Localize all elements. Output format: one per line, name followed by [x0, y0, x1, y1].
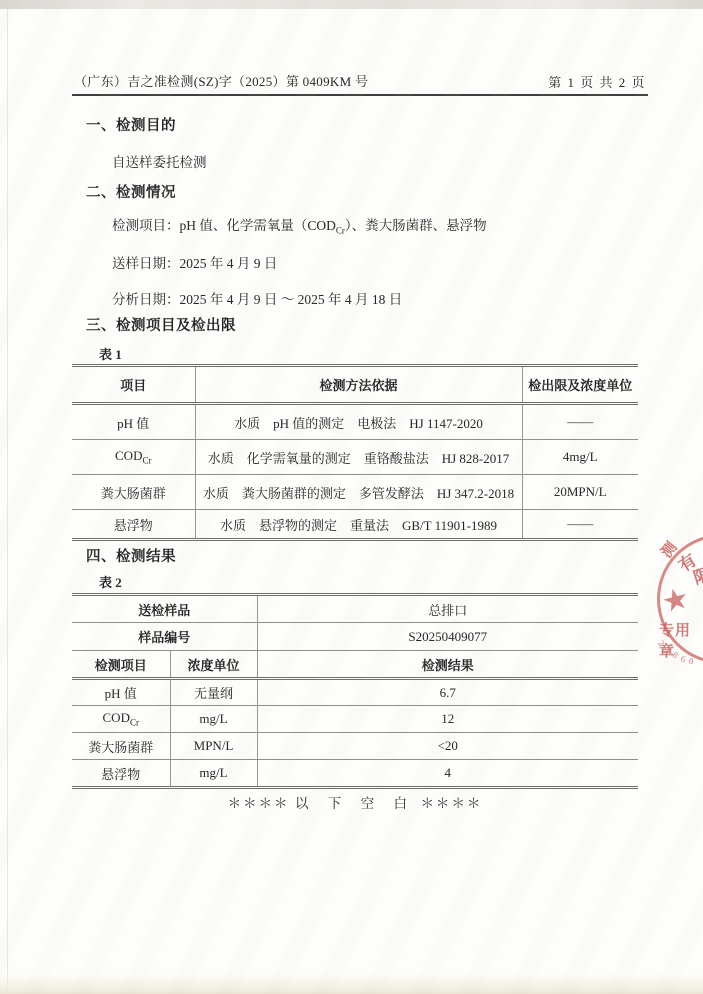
section4-heading: 四、检测结果	[86, 545, 176, 566]
analysis-date-line: 分析日期：2025 年 4 月 9 日 ～ 2025 年 4 月 18 日	[112, 288, 402, 308]
cell-result: 6.7	[257, 679, 638, 706]
sample-code-label: 样品编号	[72, 623, 257, 651]
table1-header-row: 项目 检测方法依据 检出限及浓度单位	[72, 366, 638, 404]
test-items-prefix: 检测项目：pH 值、化学需氧量（COD	[112, 218, 336, 233]
table2-header-unit: 浓度单位	[170, 651, 257, 679]
footer-stars-right: ＊＊＊＊	[420, 796, 482, 811]
scan-edge-left	[7, 9, 8, 994]
cell-limit: ——	[522, 404, 638, 440]
table1-header-limit: 检出限及浓度单位	[522, 366, 638, 404]
cell-item: 粪大肠菌群	[72, 733, 170, 760]
sample-code-value: S20250409077	[257, 623, 638, 651]
header-rule	[72, 94, 648, 96]
sample-date-line: 送样日期：2025 年 4 月 9 日	[112, 252, 277, 272]
table2-header-result: 检测结果	[257, 651, 638, 679]
table2-header-item: 检测项目	[72, 651, 170, 679]
header-doc-number: （广东）吉之准检测(SZ)字（2025）第 0409KM 号	[74, 71, 368, 90]
cell-item: pH 值	[72, 679, 170, 706]
table1-row: 粪大肠菌群 水质 粪大肠菌群的测定 多管发酵法 HJ 347.2-2018 20…	[72, 475, 638, 510]
cod-subscript: Cr	[142, 456, 151, 466]
purpose-text: 自送样委托检测	[112, 151, 207, 171]
cod-label: COD	[103, 710, 130, 725]
cell-result: <20	[257, 733, 638, 760]
table2-label: 表 2	[99, 572, 122, 591]
cell-item: CODCr	[72, 706, 170, 733]
cell-unit: MPN/L	[170, 733, 257, 760]
cell-method: 水质 悬浮物的测定 重量法 GB/T 11901-1989	[195, 510, 522, 540]
table1-label: 表 1	[99, 344, 122, 363]
test-items-line: 检测项目：pH 值、化学需氧量（CODCr）、粪大肠菌群、悬浮物	[112, 214, 487, 236]
cell-item: CODCr	[72, 440, 195, 475]
section1-heading: 一、检测目的	[86, 114, 176, 135]
test-items-suffix: ）、粪大肠菌群、悬浮物	[345, 218, 487, 233]
cell-item: 悬浮物	[72, 510, 195, 540]
sample-label: 送检样品	[72, 595, 257, 623]
cell-limit: ——	[522, 510, 638, 540]
document-page: （广东）吉之准检测(SZ)字（2025）第 0409KM 号 第 1 页 共 2…	[0, 0, 703, 994]
cell-unit: mg/L	[170, 760, 257, 788]
table1-header-item: 项目	[72, 366, 195, 404]
table2-row: CODCr mg/L 12	[72, 706, 638, 733]
table2-sample-row: 送检样品 总排口	[72, 595, 638, 623]
footer-stars-left: ＊＊＊＊	[228, 796, 290, 811]
cell-item: 悬浮物	[72, 760, 170, 788]
results-table: 送检样品 总排口 样品编号 S20250409077 检测项目 浓度单位 检测结…	[72, 593, 638, 789]
header-page-number: 第 1 页 共 2 页	[548, 72, 646, 91]
cod-subscript: Cr	[130, 718, 139, 728]
detection-limits-table: 项目 检测方法依据 检出限及浓度单位 pH 值 水质 pH 值的测定 电极法 H…	[72, 364, 638, 541]
test-items-subscript: Cr	[336, 226, 345, 236]
cell-limit: 20MPN/L	[522, 475, 638, 510]
table1-row: pH 值 水质 pH 值的测定 电极法 HJ 1147-2020 ——	[72, 404, 638, 440]
scan-edge-bottom	[0, 974, 703, 994]
table2-row: pH 值 无量纲 6.7	[72, 679, 638, 706]
cell-method: 水质 pH 值的测定 电极法 HJ 1147-2020	[195, 404, 522, 440]
section3-heading: 三、检测项目及检出限	[86, 314, 236, 335]
cell-unit: mg/L	[170, 706, 257, 733]
table2-header-row: 检测项目 浓度单位 检测结果	[72, 651, 638, 679]
table2-code-row: 样品编号 S20250409077	[72, 623, 638, 651]
cell-item: 粪大肠菌群	[72, 475, 195, 510]
cell-result: 12	[257, 706, 638, 733]
table1-header-method: 检测方法依据	[195, 366, 522, 404]
table1-row: CODCr 水质 化学需氧量的测定 重铬酸盐法 HJ 828-2017 4mg/…	[72, 440, 638, 475]
sample-value: 总排口	[257, 595, 638, 623]
scan-edge-top	[0, 0, 703, 9]
seal-digit: 0	[688, 656, 694, 667]
cod-label: COD	[115, 448, 142, 463]
cell-method: 水质 化学需氧量的测定 重铬酸盐法 HJ 828-2017	[195, 440, 522, 475]
table2-row: 悬浮物 mg/L 4	[72, 760, 638, 788]
cell-result: 4	[257, 760, 638, 788]
cell-unit: 无量纲	[170, 679, 257, 706]
cell-method: 水质 粪大肠菌群的测定 多管发酵法 HJ 347.2-2018	[195, 475, 522, 510]
cell-limit: 4mg/L	[522, 440, 638, 475]
cell-item: pH 值	[72, 404, 195, 440]
table1-row: 悬浮物 水质 悬浮物的测定 重量法 GB/T 11901-1989 ——	[72, 510, 638, 540]
footer-blank-text: 以 下 空 白	[295, 796, 415, 811]
footer-blank-note: ＊＊＊＊ 以 下 空 白 ＊＊＊＊	[72, 792, 638, 812]
section2-heading: 二、检测情况	[86, 181, 176, 202]
table2-row: 粪大肠菌群 MPN/L <20	[72, 733, 638, 760]
